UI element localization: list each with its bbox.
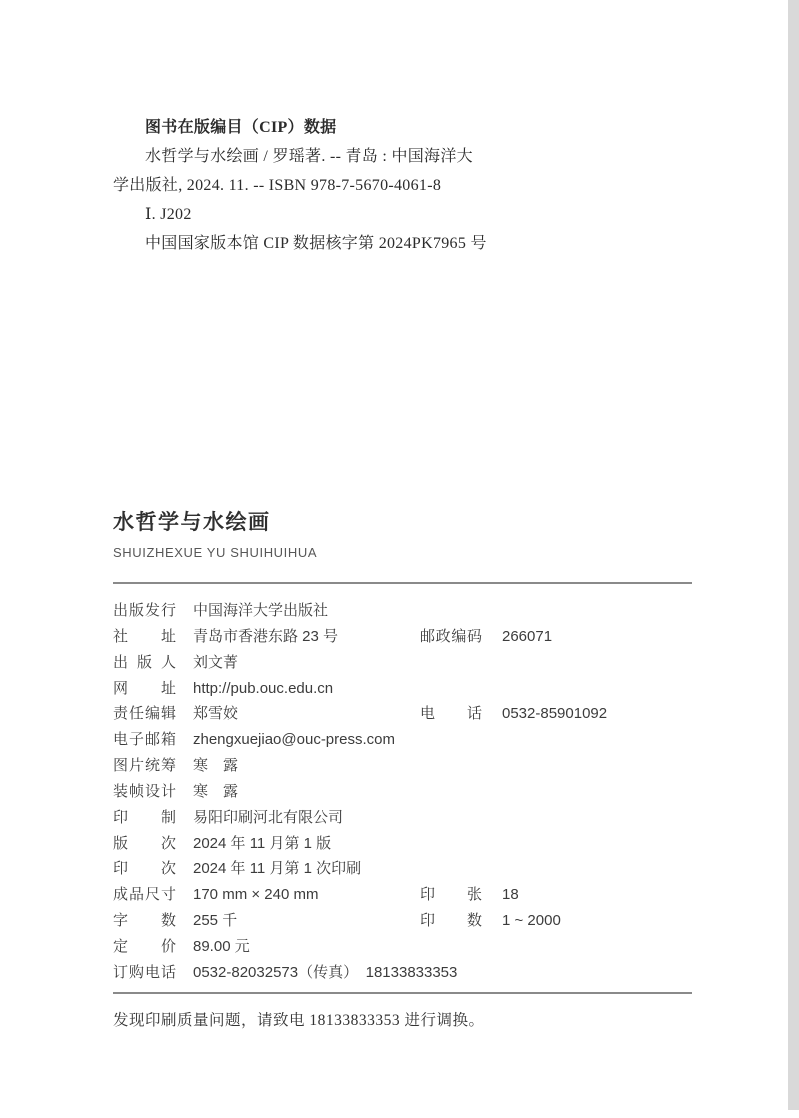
field-label: 字数 — [113, 908, 176, 934]
pub-info-row: 印制易阳印刷河北有限公司 — [113, 805, 713, 831]
field-pair: 印张18 — [420, 882, 519, 908]
pub-info-row: 社址青岛市香港东路 23 号 邮政编码266071 — [113, 624, 713, 650]
field-value: 0532-82032573（传真） 18133833353 — [193, 964, 457, 981]
divider-top — [113, 582, 692, 584]
field-value: http://pub.ouc.edu.cn — [193, 680, 333, 697]
field-label: 邮政编码 — [420, 624, 482, 650]
pub-info-row: 定价89.00 元 — [113, 934, 713, 960]
field-value: 中国海洋大学出版社 — [193, 602, 328, 619]
pub-info-row: 订购电话0532-82032573（传真） 18133833353 — [113, 960, 713, 986]
field-label: 责任编辑 — [113, 701, 176, 727]
pub-info-row: 网址http://pub.ouc.edu.cn — [113, 676, 713, 702]
field-pair: 电话0532-85901092 — [420, 701, 607, 727]
field-label: 印数 — [420, 908, 482, 934]
field-label: 印制 — [113, 805, 176, 831]
field-label: 图片统筹 — [113, 753, 176, 779]
field-label: 定价 — [113, 934, 176, 960]
field-value: 青岛市香港东路 23 号 — [193, 628, 338, 645]
book-title-pinyin: SHUIZHEXUE YU SHUIHUIHUA — [113, 545, 317, 560]
field-label: 订购电话 — [113, 960, 176, 986]
field-label: 出版人 — [113, 650, 176, 676]
pub-info-row: 印次2024 年 11 月第 1 次印刷 — [113, 856, 713, 882]
cip-line: 中国国家版本馆 CIP 数据核字第 2024PK7965 号 — [113, 229, 673, 258]
cip-block: 图书在版编目（CIP）数据 水哲学与水绘画 / 罗瑶著. -- 青岛 : 中国海… — [113, 113, 673, 258]
field-value: 255 千 — [193, 912, 237, 929]
field-value: 寒 露 — [193, 783, 238, 800]
book-title: 水哲学与水绘画 — [113, 506, 317, 536]
scan-edge-shadow — [788, 0, 799, 1110]
field-label: 印次 — [113, 856, 176, 882]
field-pair: 印数1 ~ 2000 — [420, 908, 561, 934]
field-value: 18 — [502, 886, 519, 903]
pub-info-row: 电子邮箱zhengxuejiao@ouc-press.com — [113, 727, 713, 753]
pub-info-row: 装帧设计寒 露 — [113, 779, 713, 805]
pub-info-row: 出版发行中国海洋大学出版社 — [113, 598, 713, 624]
field-label: 成品尺寸 — [113, 882, 176, 908]
pub-info-row: 出版人刘文菁 — [113, 650, 713, 676]
cip-line: 学出版社, 2024. 11. -- ISBN 978-7-5670-4061-… — [113, 171, 673, 200]
field-label: 电子邮箱 — [113, 727, 176, 753]
field-value: 刘文菁 — [193, 654, 238, 671]
field-label: 网址 — [113, 676, 176, 702]
copyright-page: 图书在版编目（CIP）数据 水哲学与水绘画 / 罗瑶著. -- 青岛 : 中国海… — [0, 0, 799, 1118]
field-value: zhengxuejiao@ouc-press.com — [193, 731, 395, 748]
title-block: 水哲学与水绘画 SHUIZHEXUE YU SHUIHUIHUA — [113, 506, 317, 560]
field-label: 电话 — [420, 701, 482, 727]
field-label: 社址 — [113, 624, 176, 650]
field-value: 2024 年 11 月第 1 版 — [193, 835, 331, 852]
pub-info-row: 成品尺寸170 mm × 240 mm 印张18 — [113, 882, 713, 908]
field-value: 易阳印刷河北有限公司 — [193, 809, 343, 826]
publication-info: 出版发行中国海洋大学出版社 社址青岛市香港东路 23 号 邮政编码266071 … — [113, 598, 713, 986]
field-label: 出版发行 — [113, 598, 176, 624]
pub-info-row: 图片统筹寒 露 — [113, 753, 713, 779]
field-label: 印张 — [420, 882, 482, 908]
field-value: 寒 露 — [193, 757, 238, 774]
field-value: 89.00 元 — [193, 938, 250, 955]
pub-info-row: 责任编辑郑雪姣 电话0532-85901092 — [113, 701, 713, 727]
cip-heading: 图书在版编目（CIP）数据 — [113, 113, 673, 142]
quality-notice: 发现印刷质量问题，请致电 18133833353 进行调换。 — [113, 1008, 485, 1030]
field-pair: 邮政编码266071 — [420, 624, 552, 650]
pub-info-row: 版次2024 年 11 月第 1 版 — [113, 831, 713, 857]
field-value: 170 mm × 240 mm — [193, 886, 318, 903]
pub-info-row: 字数255 千 印数1 ~ 2000 — [113, 908, 713, 934]
divider-bottom — [113, 992, 692, 994]
field-value: 266071 — [502, 628, 552, 645]
field-label: 版次 — [113, 831, 176, 857]
field-value: 2024 年 11 月第 1 次印刷 — [193, 860, 361, 877]
field-label: 装帧设计 — [113, 779, 176, 805]
field-value: 郑雪姣 — [193, 705, 238, 722]
field-value: 1 ~ 2000 — [502, 912, 561, 929]
cip-line: 水哲学与水绘画 / 罗瑶著. -- 青岛 : 中国海洋大 — [113, 142, 673, 171]
field-value: 0532-85901092 — [502, 705, 607, 722]
cip-line: Ⅰ. J202 — [113, 200, 673, 229]
